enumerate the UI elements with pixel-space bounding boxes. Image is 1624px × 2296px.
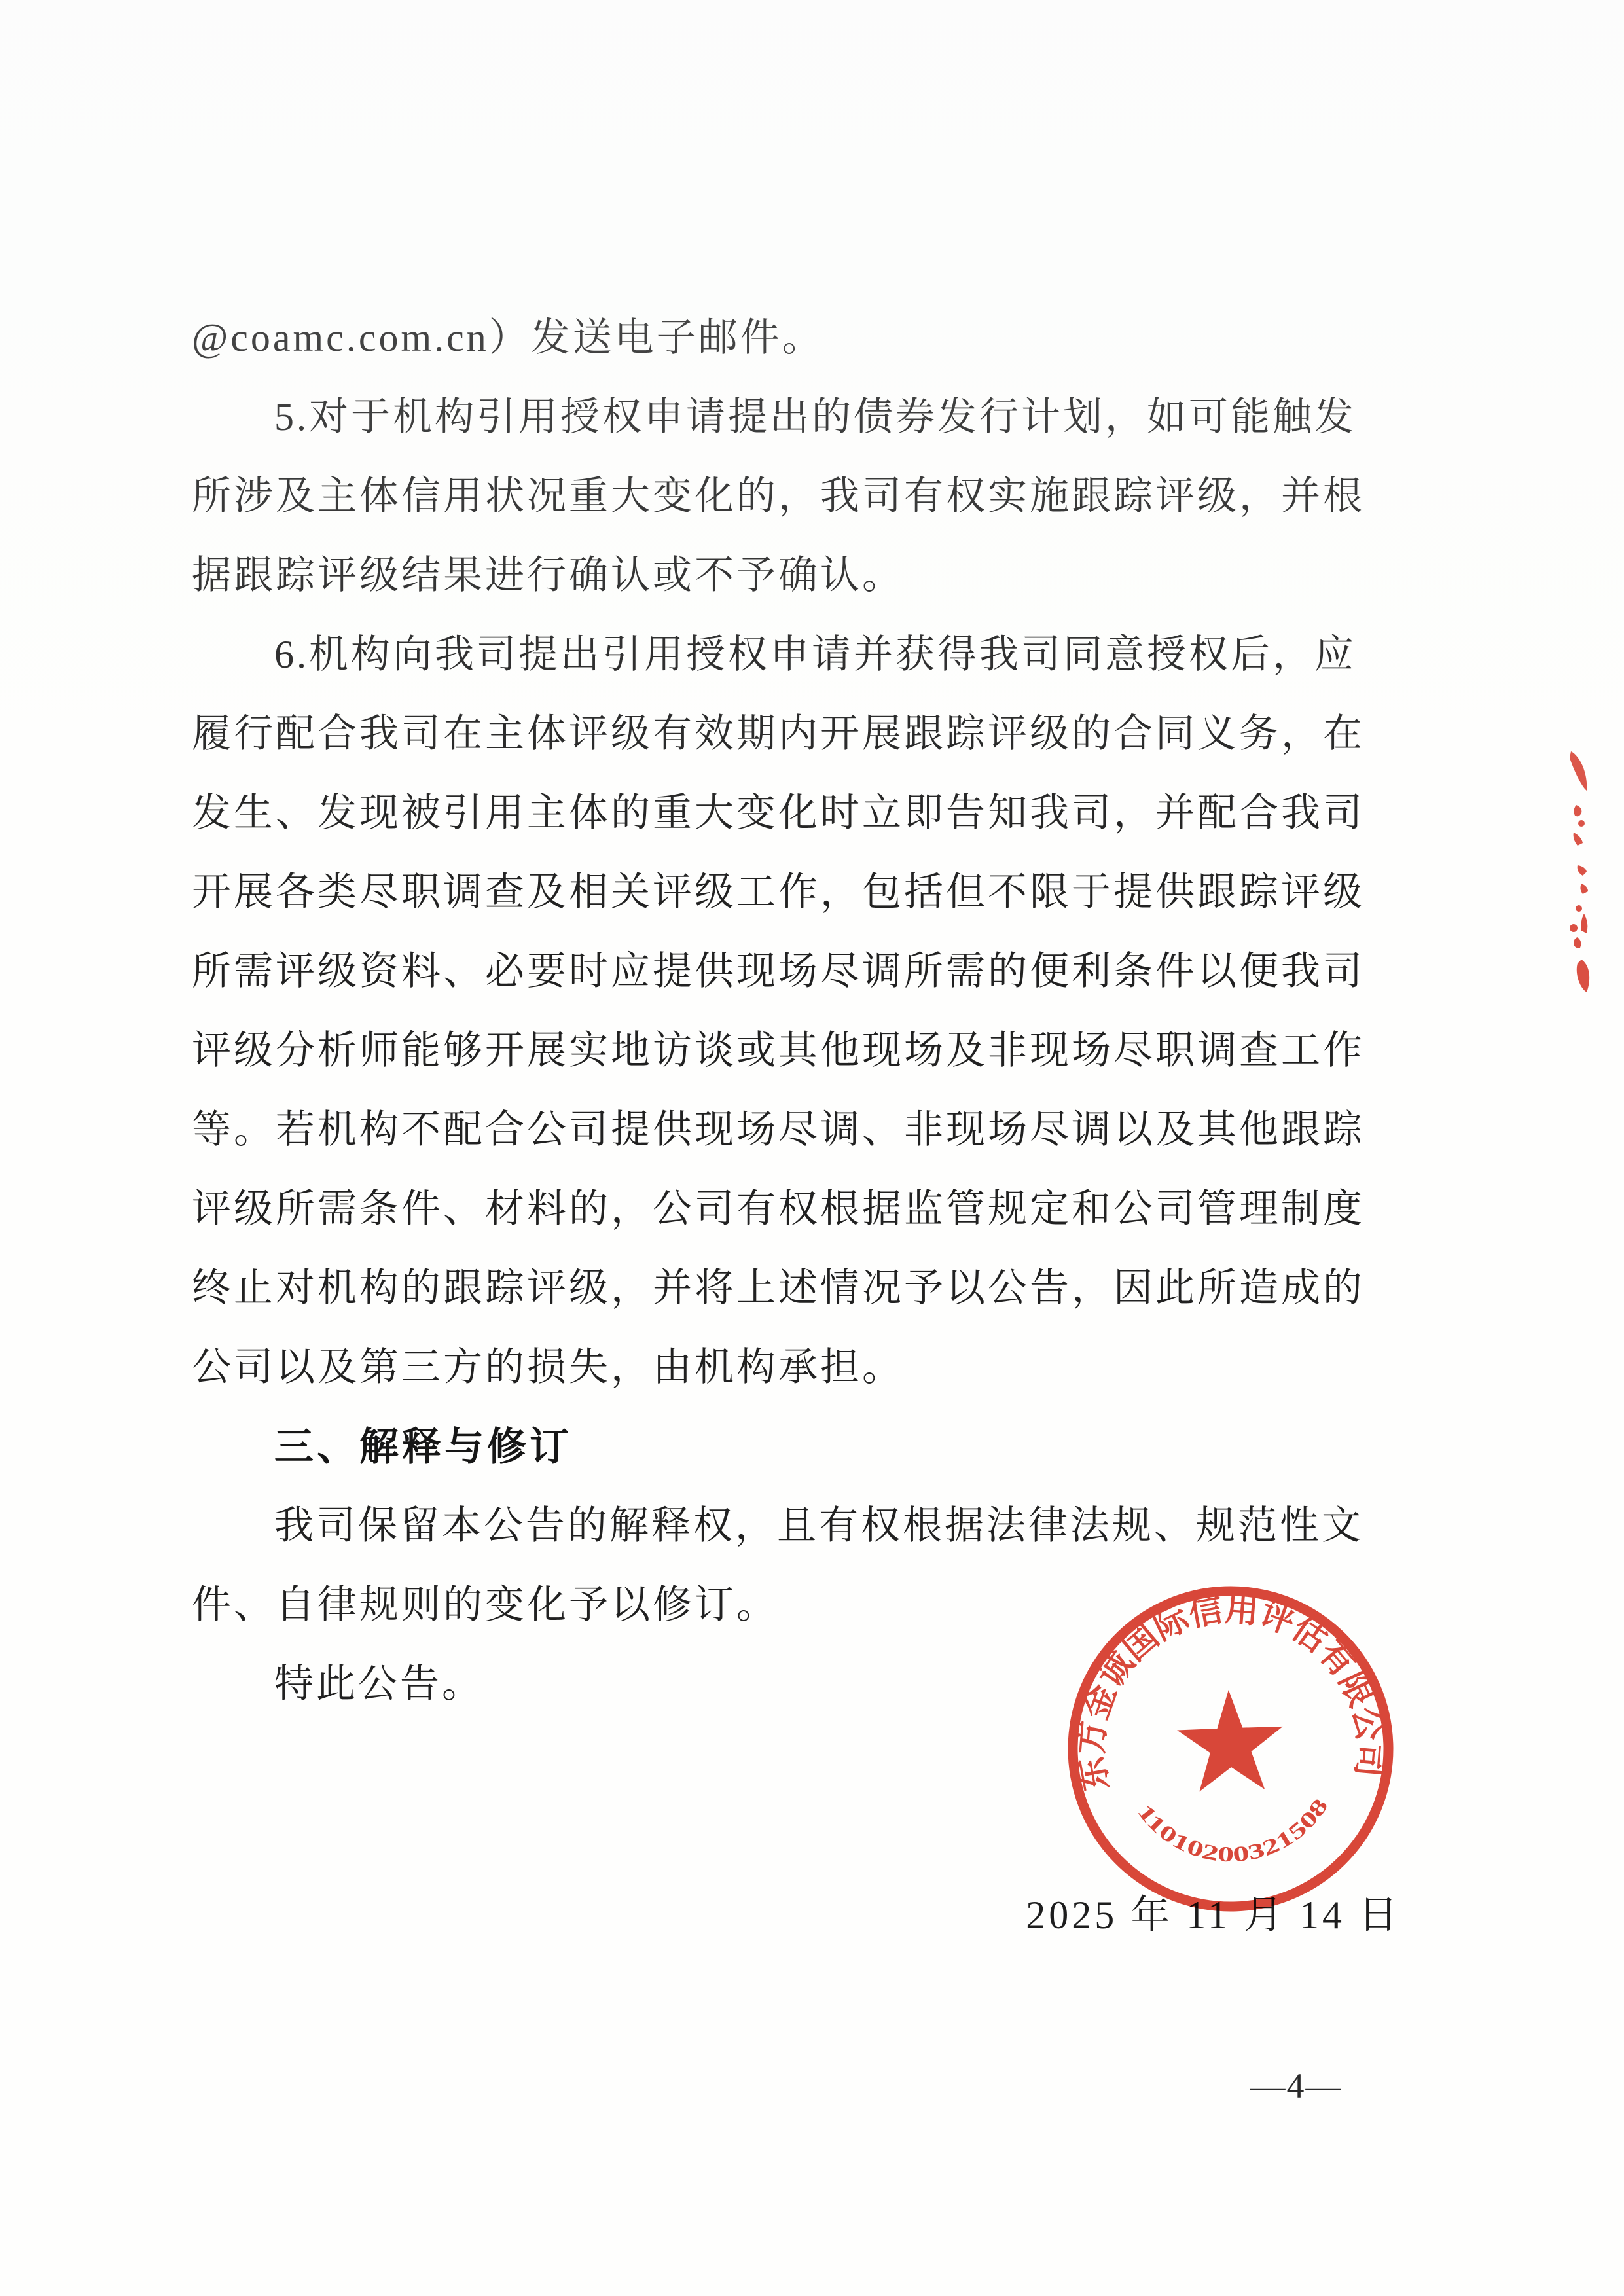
text-line: 评级所需条件、材料的，公司有权根据监管规定和公司管理制度 — [192, 1170, 1370, 1249]
text-line: 发生、发现被引用主体的重大变化时立即告知我司，并配合我司 — [192, 774, 1370, 853]
stamp-fragment — [1574, 937, 1581, 948]
text-line: 5.对于机构引用授权申请提出的债券发行计划，如可能触发 — [192, 378, 1370, 457]
seal-number-text: 11010200321508 — [1132, 1794, 1335, 1871]
stamp-fragment — [1574, 805, 1581, 816]
page-number: —4— — [1218, 2066, 1375, 2106]
text-line: 等。若机构不配合公司提供现场尽调、非现场尽调以及其他跟踪 — [192, 1090, 1370, 1170]
stamp-fragment — [1578, 820, 1585, 827]
stamp-fragment — [1580, 884, 1588, 894]
section-heading: 三、解释与修订 — [192, 1407, 1370, 1486]
stamp-fragment — [1578, 865, 1587, 876]
text-line: 履行配合我司在主体评级有效期内开展跟踪评级的合同义务，在 — [192, 694, 1370, 774]
stamp-fragment — [1570, 751, 1587, 791]
company-seal: 东方金诚国际信用评估有限公司 11010200321508 — [1061, 1579, 1399, 1918]
edge-stamp-fragments — [1562, 737, 1597, 1012]
stamp-fragment — [1576, 905, 1582, 912]
text-line: 公司以及第三方的损失，由机构承担。 — [192, 1328, 1370, 1407]
document-body: @coamc.com.cn）发送电子邮件。5.对于机构引用授权申请提出的债券发行… — [192, 298, 1370, 1724]
text-line: 开展各类尽职调查及相关评级工作，包括但不限于提供跟踪评级 — [192, 853, 1370, 932]
text-line: 6.机构向我司提出引用授权申请并获得我司同意授权后，应 — [192, 615, 1370, 694]
text-line: 所涉及主体信用状况重大变化的，我司有权实施跟踪评级，并根 — [192, 457, 1370, 536]
text-line: 所需评级资料、必要时应提供现场尽调所需的便利条件以便我司 — [192, 932, 1370, 1011]
stamp-fragment — [1577, 960, 1589, 992]
text-line: 据跟踪评级结果进行确认或不予确认。 — [192, 536, 1370, 615]
star-icon — [1176, 1688, 1285, 1792]
date-line: 2025 年 11 月 14 日 — [982, 1884, 1401, 1940]
text-line: 评级分析师能够开展实地访谈或其他现场及非现场尽职调查工作 — [192, 1011, 1370, 1090]
text-line: 终止对机构的跟踪评级，并将上述情况予以公告，因此所造成的 — [192, 1249, 1370, 1328]
stamp-fragment — [1570, 924, 1578, 932]
text-line: @coamc.com.cn）发送电子邮件。 — [192, 298, 1370, 378]
stamp-fragment — [1574, 833, 1583, 846]
stamp-fragment — [1581, 914, 1588, 933]
document-page: @coamc.com.cn）发送电子邮件。5.对于机构引用授权申请提出的债券发行… — [0, 0, 1624, 2296]
text-line: 我司保留本公告的解释权，且有权根据法律法规、规范性文 — [192, 1486, 1370, 1566]
